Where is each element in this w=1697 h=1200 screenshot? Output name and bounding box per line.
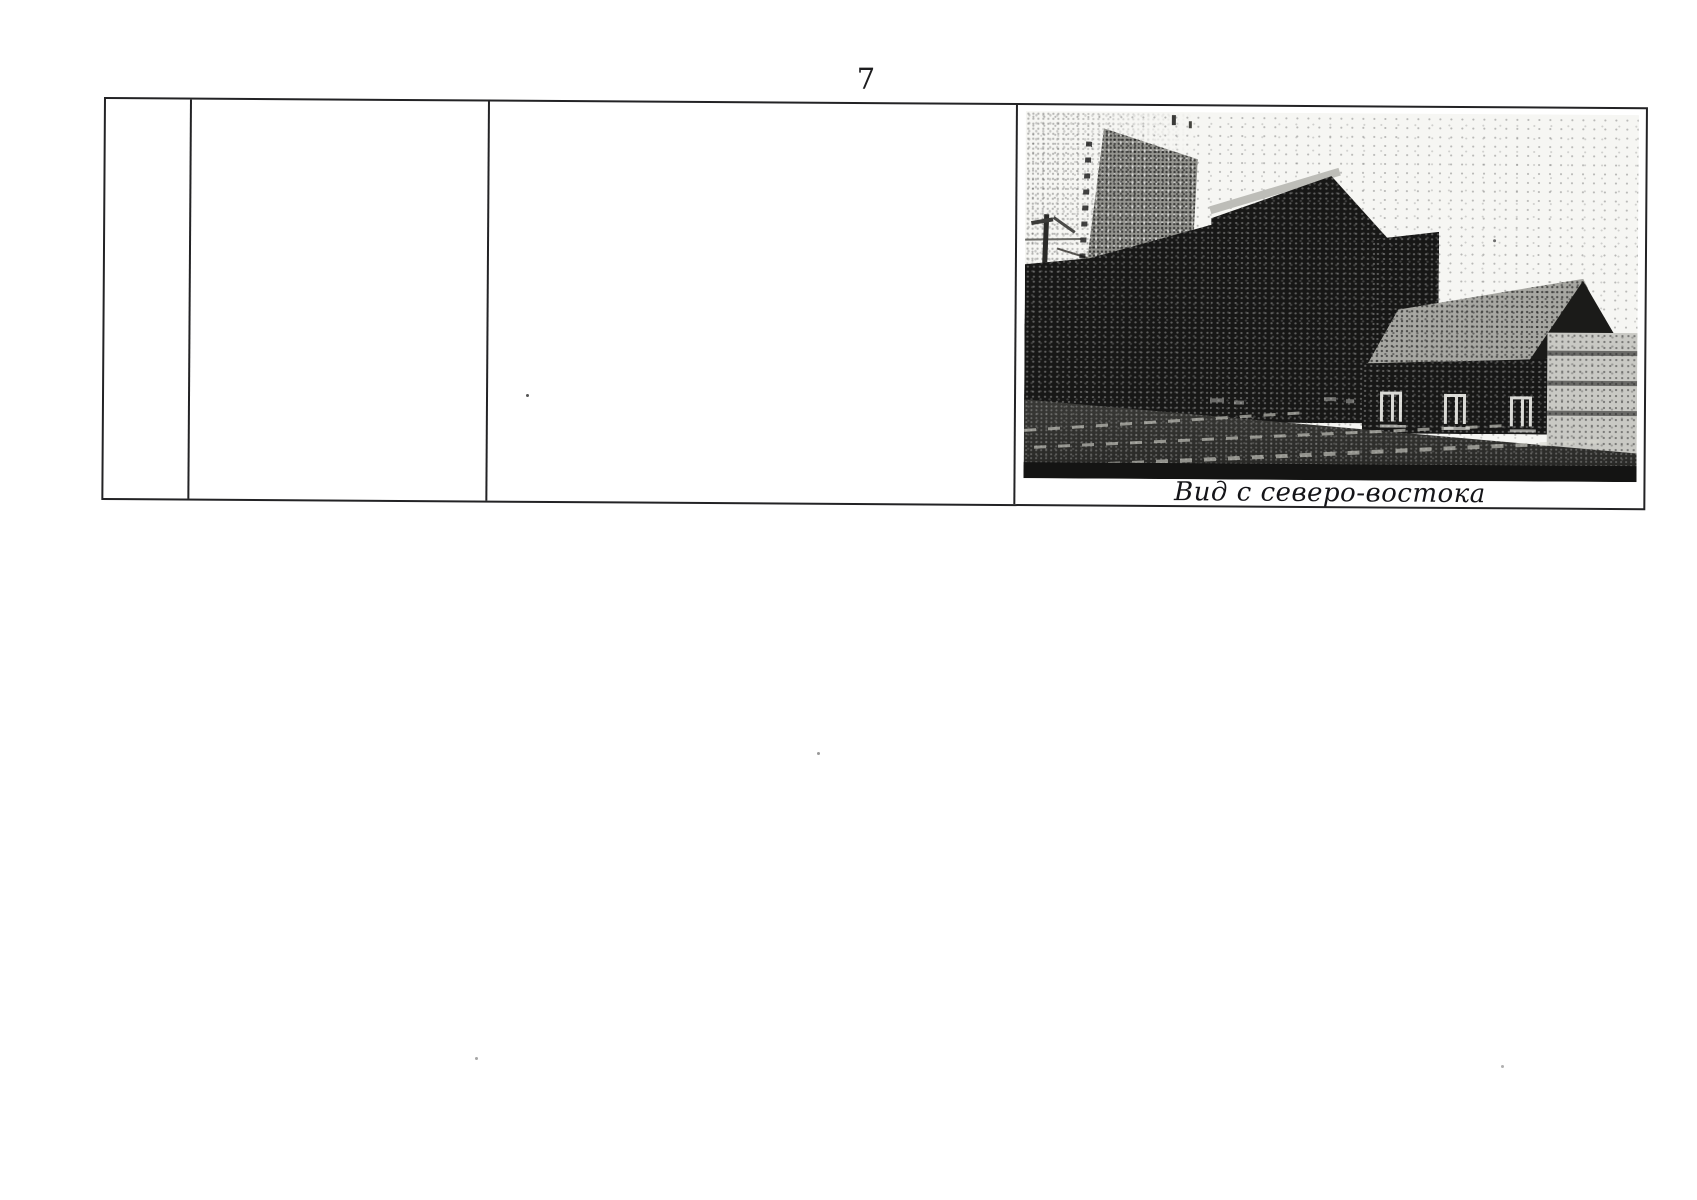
table-cell-2 [189, 100, 488, 501]
photo-window-glint [1234, 401, 1244, 405]
photo-window-frame [1510, 396, 1532, 426]
document-table: Вид с северо-востока [101, 97, 1648, 510]
table-cell-photo: Вид с северо-востока [1015, 105, 1646, 508]
photo-window-frame [1380, 391, 1402, 421]
photo-wall-streak [1547, 411, 1637, 417]
photo-window-glint [1346, 399, 1354, 403]
photo-window-glint [1324, 397, 1336, 401]
photo-tower-mast [1172, 115, 1176, 125]
scan-speck [475, 1057, 478, 1060]
building-photo [1023, 111, 1638, 482]
scan-speck [1501, 1065, 1504, 1068]
scan-speck [817, 752, 820, 755]
photo-sky-speck [1493, 239, 1496, 242]
photo-wall-streak [1547, 381, 1637, 387]
scan-speck [526, 394, 529, 397]
photo-window-frame [1444, 394, 1466, 424]
scanned-document-page: 7 [0, 0, 1697, 1200]
table-cell-3 [487, 102, 1016, 504]
photo-wall-streak [1547, 351, 1637, 357]
photo-caption: Вид с северо-востока [1023, 479, 1636, 508]
table-cell-1 [103, 99, 190, 499]
photo-tower-mast [1189, 121, 1192, 128]
photo-window-glint [1210, 398, 1224, 402]
page-number: 7 [820, 62, 912, 96]
